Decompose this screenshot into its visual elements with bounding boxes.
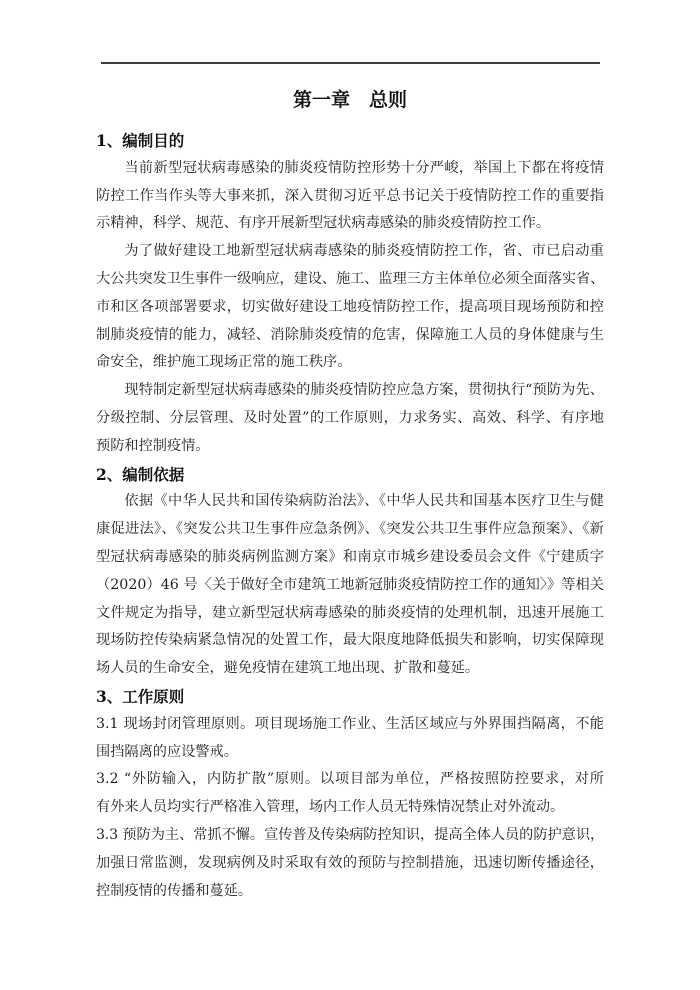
paragraph-line: 文件规定为指导，建立新型冠状病毒感染的肺炎疫情的处理机制，迅速开展施工 xyxy=(96,600,604,628)
paragraph-line: 命安全，维护施工现场正常的施工秩序。 xyxy=(96,349,604,377)
page-header-rule xyxy=(101,62,600,64)
paragraph-line: 依据《中华人民共和国传染病防治法》、《中华人民共和国基本医疗卫生与健 xyxy=(96,488,604,516)
paragraph: 3.1 现场封闭管理原则。项目现场施工作业、生活区域应与外界围挡隔离，不能围挡隔… xyxy=(96,711,604,767)
paragraph: 为了做好建设工地新型冠状病毒感染的肺炎疫情防控工作，省、市已启动重大公共突发卫生… xyxy=(96,238,604,377)
paragraph-line: 当前新型冠状病毒感染的肺炎疫情防控形势十分严峻，举国上下都在将疫情 xyxy=(96,155,604,183)
paragraph: 现特制定新型冠状病毒感染的肺炎疫情防控应急方案，贯彻执行“预防为先、分级控制、分… xyxy=(96,377,604,460)
chapter-title: 第一章 总则 xyxy=(96,85,604,115)
section-heading: 3、工作原则 xyxy=(96,683,604,711)
paragraph-line: 防控工作当作头等大事来抓，深入贯彻习近平总书记关于疫情防控工作的重要指 xyxy=(96,183,604,211)
paragraph-line: 围挡隔离的应设警戒。 xyxy=(96,739,604,767)
paragraph-line: 现特制定新型冠状病毒感染的肺炎疫情防控应急方案，贯彻执行“预防为先、 xyxy=(96,377,604,405)
paragraph-line: 市和区各项部署要求，切实做好建设工地疫情防控工作，提高项目现场预防和控 xyxy=(96,294,604,322)
section-heading: 1、编制目的 xyxy=(96,127,604,155)
paragraph-line: 场人员的生命安全，避免疫情在建筑工地出现、扩散和蔓延。 xyxy=(96,655,604,683)
paragraph-line: 3.1 现场封闭管理原则。项目现场施工作业、生活区域应与外界围挡隔离，不能 xyxy=(96,711,604,739)
paragraph-line: 现场防控传染病紧急情况的处置工作，最大限度地降低损失和影响，切实保障现 xyxy=(96,627,604,655)
paragraph-line: 型冠状病毒感染的肺炎病例监测方案》和南京市城乡建设委员会文件《宁建质字 xyxy=(96,544,604,572)
paragraph-line: 示精神，科学、规范、有序开展新型冠状病毒感染的肺炎疫情防控工作。 xyxy=(96,210,604,238)
paragraph: 当前新型冠状病毒感染的肺炎疫情防控形势十分严峻，举国上下都在将疫情防控工作当作头… xyxy=(96,155,604,238)
paragraph-line: 分级控制、分层管理、及时处置”的工作原则，力求务实、高效、科学、有序地 xyxy=(96,405,604,433)
paragraph-line: 加强日常监测，发现病例及时采取有效的预防与控制措施，迅速切断传播途径， xyxy=(96,850,604,878)
paragraph-line: 大公共突发卫生事件一级响应，建设、施工、监理三方主体单位必须全面落实省、 xyxy=(96,266,604,294)
paragraph: 3.3 预防为主、常抓不懈。宣传普及传染病防控知识，提高全体人员的防护意识，加强… xyxy=(96,822,604,905)
paragraph-line: 有外来人员均实行严格准入管理，场内工作人员无特殊情况禁止对外流动。 xyxy=(96,794,604,822)
paragraph-line: 控制疫情的传播和蔓延。 xyxy=(96,878,604,906)
section-heading: 2、编制依据 xyxy=(96,461,604,489)
paragraph-line: 康促进法》、《突发公共卫生事件应急条例》、《突发公共卫生事件应急预案》、《新 xyxy=(96,516,604,544)
paragraph-line: 3.3 预防为主、常抓不懈。宣传普及传染病防控知识，提高全体人员的防护意识， xyxy=(96,822,604,850)
paragraph-line: （2020）46 号〈关于做好全市建筑工地新冠肺炎疫情防控工作的通知〉》等相关 xyxy=(96,572,604,600)
paragraph-line: 制肺炎疫情的能力，减轻、消除肺炎疫情的危害，保障施工人员的身体健康与生 xyxy=(96,322,604,350)
paragraph-line: 3.2 “外防输入，内防扩散”原则。以项目部为单位，严格按照防控要求，对所 xyxy=(96,766,604,794)
document-page: 第一章 总则 1、编制目的当前新型冠状病毒感染的肺炎疫情防控形势十分严峻，举国上… xyxy=(96,85,604,905)
paragraph: 依据《中华人民共和国传染病防治法》、《中华人民共和国基本医疗卫生与健康促进法》、… xyxy=(96,488,604,683)
document-body: 1、编制目的当前新型冠状病毒感染的肺炎疫情防控形势十分严峻，举国上下都在将疫情防… xyxy=(96,127,604,905)
paragraph-line: 预防和控制疫情。 xyxy=(96,433,604,461)
paragraph: 3.2 “外防输入，内防扩散”原则。以项目部为单位，严格按照防控要求，对所有外来… xyxy=(96,766,604,822)
paragraph-line: 为了做好建设工地新型冠状病毒感染的肺炎疫情防控工作，省、市已启动重 xyxy=(96,238,604,266)
